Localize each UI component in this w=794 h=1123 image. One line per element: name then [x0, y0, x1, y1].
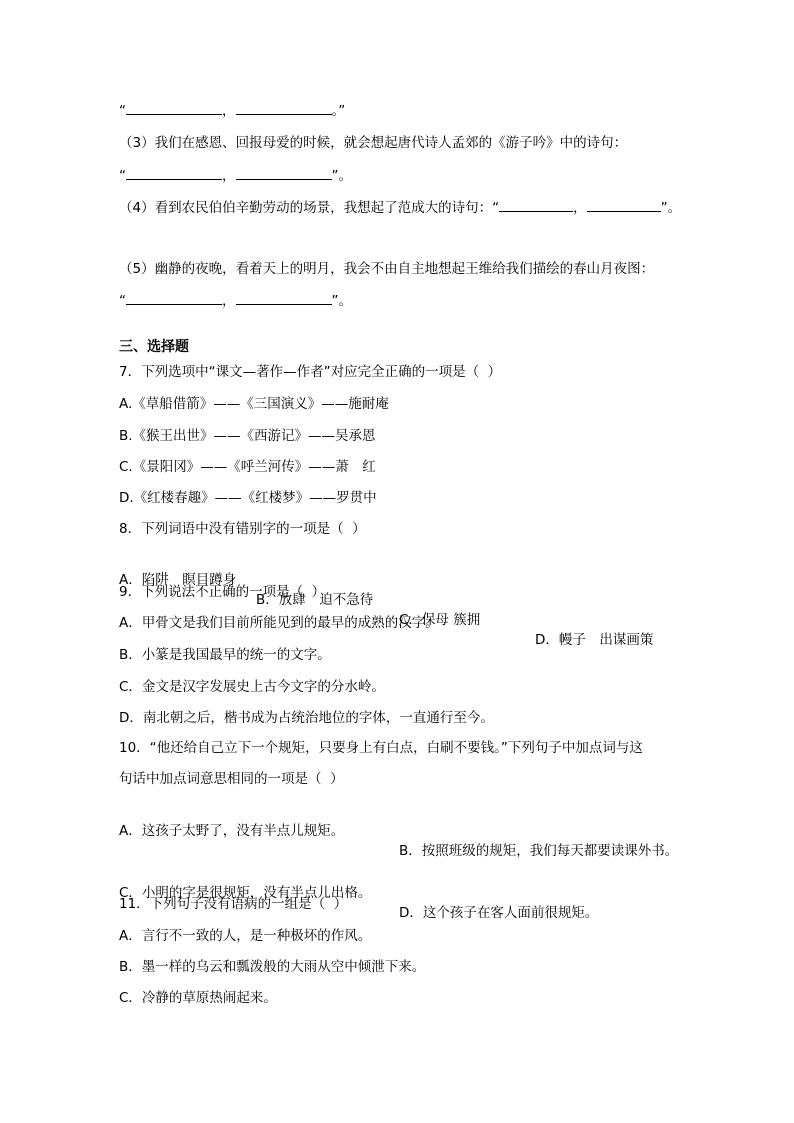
question-10-option-b[interactable]: B．按照班级的规矩，我们每天都要读课外书。	[399, 841, 678, 861]
question-11-option-c[interactable]: C．冷静的草原热闹起来。	[119, 988, 277, 1008]
close-quote: ”。	[332, 168, 353, 184]
question-8-options: A．陷阱 瞑目蹲身 B．放肆 迫不急待 C．保母 簇拥 D．幔子 出谋画策	[119, 550, 679, 570]
close-quote: 。”	[332, 103, 346, 119]
blank-field[interactable]	[236, 290, 332, 305]
question-10-stem-line2: 句话中加点词意思相同的一项是（ ）	[119, 769, 344, 789]
blank-field[interactable]	[499, 197, 573, 212]
section-heading: 三、选择题	[119, 337, 189, 357]
blank-field[interactable]	[236, 100, 332, 115]
fill-item-3-answer: “，”。	[119, 165, 352, 185]
question-11-stem: 11．下列句子没有语病的一组是（ ）	[119, 894, 347, 914]
question-9-stem: 9．下列说法不正确的一项是（ ）	[119, 582, 325, 602]
question-9-option-a[interactable]: A．甲骨文是我们目前所能见到的最早的成熟的汉字。	[119, 613, 439, 633]
question-10-options-row1: A．这孩子太野了，没有半点儿规矩。 B．按照班级的规矩，我们每天都要读课外书。	[119, 801, 679, 821]
fill-item-3-prompt: （3）我们在感恩、回报母爱的时候，就会想起唐代诗人孟郊的《游子吟》中的诗句：	[119, 133, 627, 153]
close-quote: ”。	[661, 200, 682, 216]
open-quote: “	[119, 168, 126, 184]
comma: ，	[222, 293, 236, 309]
comma: ，	[222, 103, 236, 119]
question-9-option-d[interactable]: D．南北朝之后，楷书成为占统治地位的字体，一直通行至今。	[119, 708, 494, 728]
blank-field[interactable]	[126, 100, 222, 115]
blank-field[interactable]	[126, 290, 222, 305]
close-quote: ”。	[332, 293, 353, 309]
comma: ，	[573, 200, 587, 216]
fill-item-5-answer: “，”。	[119, 290, 352, 310]
comma: ，	[222, 168, 236, 184]
question-10-option-a[interactable]: A．这孩子太野了，没有半点儿规矩。	[119, 821, 344, 841]
question-8-stem: 8．下列词语中没有错别字的一项是（ ）	[119, 519, 366, 539]
question-10-stem-line1: 10．“他还给自己立下一个规矩，只要身上有白点，白刷不要钱。”下列句子中加点词与…	[119, 738, 643, 758]
question-9-option-c[interactable]: C．金文是汉字发展史上古今文字的分水岭。	[119, 677, 385, 697]
question-7-option-b[interactable]: B.《猴王出世》——《西游记》——吴承恩	[119, 426, 376, 446]
question-11-option-b[interactable]: B．墨一样的乌云和瓢泼般的大雨从空中倾泄下来。	[119, 957, 425, 977]
open-quote: “	[119, 103, 126, 119]
blank-field[interactable]	[126, 165, 222, 180]
question-7-option-a[interactable]: A.《草船借箭》——《三国演义》——施耐庵	[119, 394, 389, 414]
fill-item-5-prompt: （5）幽静的夜晚，看着天上的明月，我会不由自主地想起王维给我们描绘的春山月夜图：	[119, 259, 654, 279]
open-quote: “	[119, 293, 126, 309]
question-10-options-row2: C．小明的字是很规矩，没有半点儿出格。 D．这个孩子在客人面前很规矩。	[119, 863, 679, 883]
question-7-option-c[interactable]: C.《景阳冈》——《呼兰河传》——萧 红	[119, 457, 376, 477]
answer-line-prev: “，。”	[119, 100, 345, 120]
question-11-option-a[interactable]: A．言行不一致的人，是一种极坏的作风。	[119, 926, 371, 946]
fill-item-4-prompt: （4）看到农民伯伯辛勤劳动的场景，我想起了范成大的诗句：“	[119, 200, 499, 216]
blank-field[interactable]	[587, 197, 661, 212]
question-7-option-d[interactable]: D.《红楼春趣》——《红楼梦》——罗贯中	[119, 488, 377, 508]
fill-item-4: （4）看到农民伯伯辛勤劳动的场景，我想起了范成大的诗句：“，”。	[119, 197, 681, 217]
blank-field[interactable]	[236, 165, 332, 180]
question-7-stem: 7．下列选项中“课文—著作—作者”对应完全正确的一项是（ ）	[119, 362, 501, 382]
question-9-option-b[interactable]: B．小篆是我国最早的统一的文字。	[119, 645, 331, 665]
question-8-option-d[interactable]: D．幔子 出谋画策	[535, 630, 653, 650]
document-page: “，。” （3）我们在感恩、回报母爱的时候，就会想起唐代诗人孟郊的《游子吟》中的…	[0, 0, 794, 1123]
question-10-option-d[interactable]: D．这个孩子在客人面前很规矩。	[399, 903, 598, 923]
